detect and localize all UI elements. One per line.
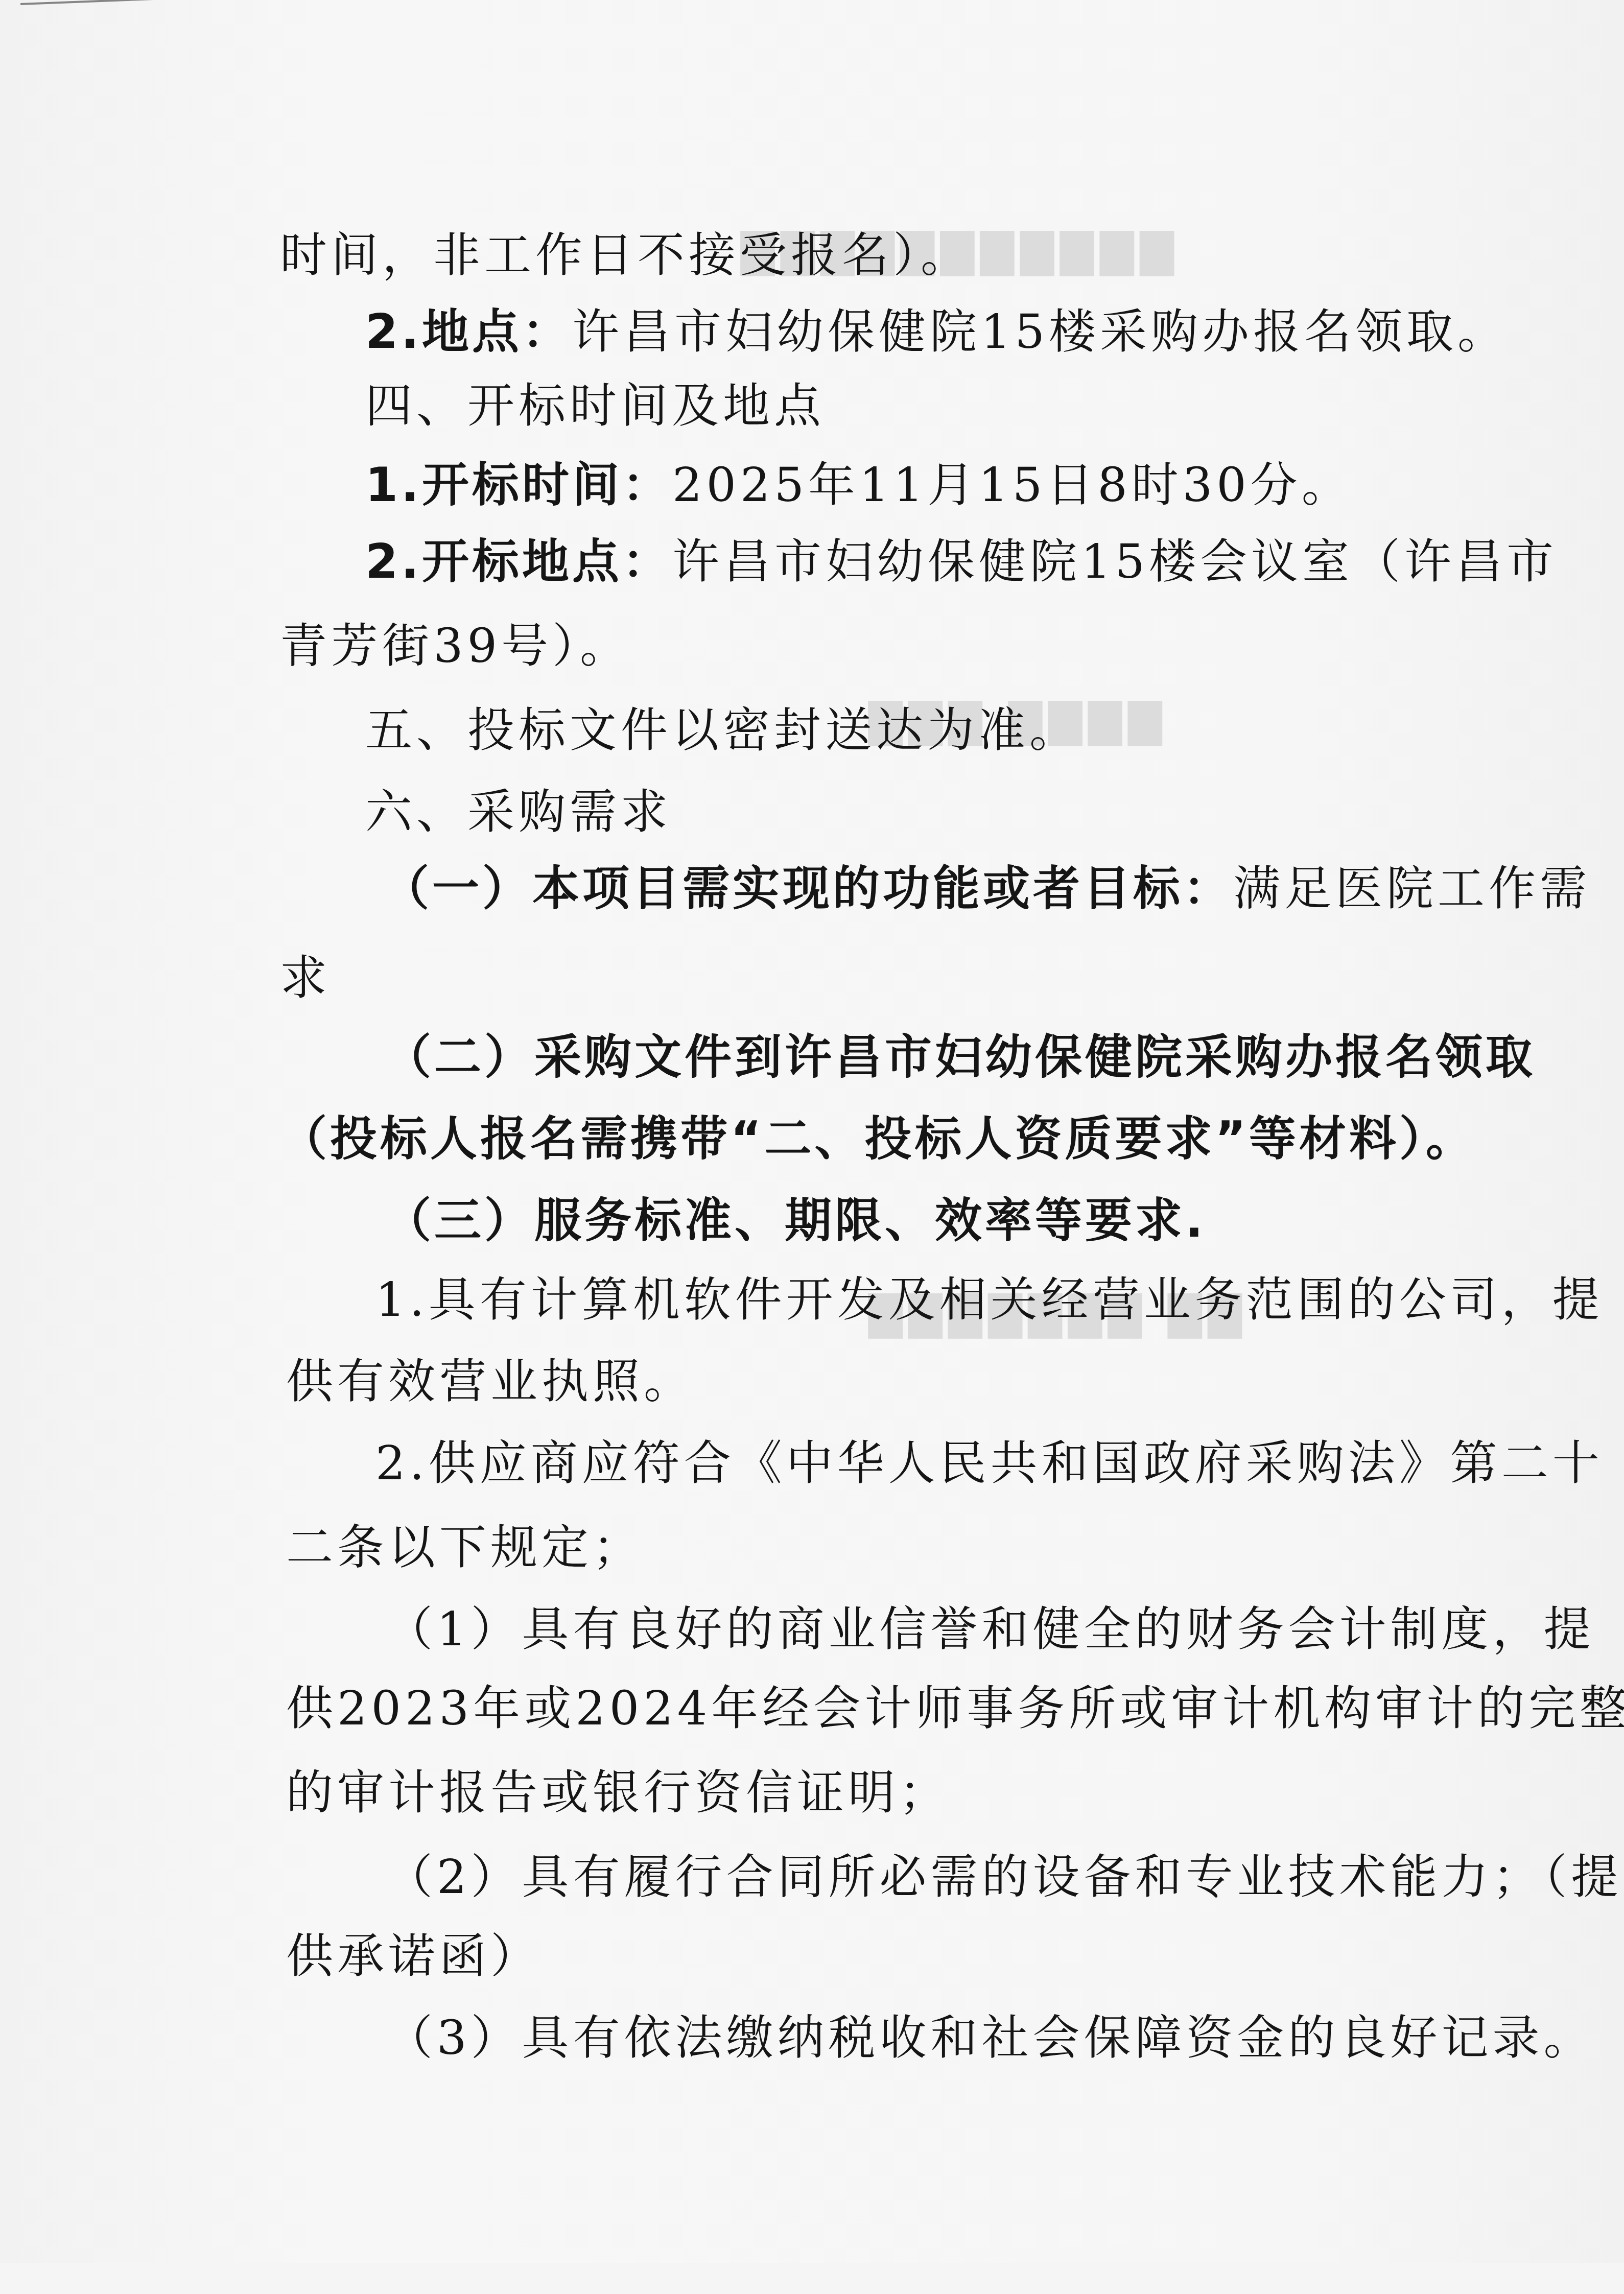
text-line: （3）具有依法缴纳税收和社会保障资金的良好记录。 [386,2010,1595,2066]
text-line: 1.具有计算机软件开发及相关经营业务范围的公司，提 [375,1272,1604,1328]
section-heading: 五、投标文件以密封送达为准。 [365,702,1080,759]
subsection-heading: （三）服务标准、期限、效率等要求. [384,1193,1206,1249]
text-line: （1）具有良好的商业信誉和健全的财务会计制度，提 [386,1601,1595,1658]
line-text: 满足医院工作需 [1233,861,1591,916]
text-line: 求 [280,950,331,1006]
subsection-heading: （二）采购文件到许昌市妇幼保健院采购办报名领取 [384,1029,1536,1085]
text-line: 青芳街39号）。 [280,618,631,674]
line-text: 许昌市妇幼保健院15楼会议室（许昌市 [672,534,1558,589]
section-heading: 六、采购需求 [365,784,672,840]
text-line: 2.开标地点：许昌市妇幼保健院15楼会议室（许昌市 [365,534,1558,590]
text-line: （2）具有履行合同所必需的设备和专业技术能力；（提 [386,1849,1622,1905]
text-line: 供2023年或2024年经会计师事务所或审计机构审计的完整 [286,1681,1624,1737]
text-line: （一）本项目需实现的功能或者目标：满足医院工作需 [382,861,1591,917]
scan-bottom-margin [0,2263,1624,2294]
text-line: 2.供应商应符合《中华人民共和国政府采购法》第二十 [375,1435,1604,1492]
text-line: 供有效营业执照。 [286,1354,695,1410]
text-line: 二条以下规定； [286,1520,644,1576]
line-label: （一）本项目需实现的功能或者目标： [382,861,1233,916]
text-line: 的审计报告或银行资信证明； [286,1765,950,1821]
text-line: 2.地点：许昌市妇幼保健院15楼采购办报名领取。 [365,304,1509,360]
line-label: 1.开标时间： [365,458,672,512]
line-label: 2.开标地点： [365,534,672,589]
line-text: 求 [280,951,331,1005]
line-text: 2025年11月15日8时30分。 [672,458,1353,512]
text-line: 供承诺函） [286,1928,542,1984]
scanned-page: ▇▇▇▇▇▇▇▇▇▇▇ ▇▇▇ ▇▇▇▇ ▇▇▇▇▇▇▇ ▇▇ 时间，非工作日不… [0,0,1624,2294]
line-text: 时间，非工作日不接受报名）。 [280,228,972,282]
text-line: 时间，非工作日不接受报名）。 [280,227,972,283]
line-text: 许昌市妇幼保健院15楼采购办报名领取。 [572,304,1509,359]
scan-edge-line [20,0,327,5]
text-line: 1.开标时间：2025年11月15日8时30分。 [365,457,1353,513]
line-label: 2.地点： [365,304,572,359]
section-heading: 四、开标时间及地点 [365,378,825,434]
line-text: 青芳街39号）。 [280,619,631,673]
subsection-heading: （投标人报名需携带“二、投标人资质要求”等材料）。 [280,1111,1476,1167]
